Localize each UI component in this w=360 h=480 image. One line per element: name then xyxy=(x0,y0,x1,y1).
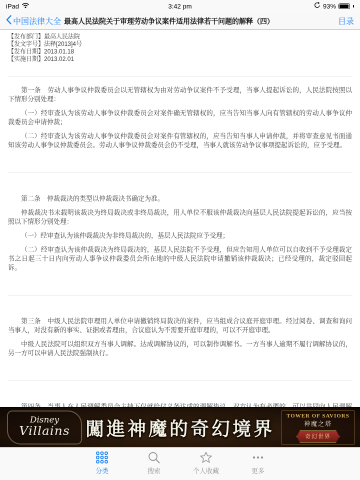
clock: 3:42 pm xyxy=(116,2,244,10)
battery-percent: 93% xyxy=(323,2,336,10)
tower-of-saviors-logo: TOWER OF SAVIORS 神魔之塔 奇幻世界 xyxy=(281,410,355,445)
page-title: 最高人民法院关于审理劳动争议案件适用法律若干问题的解释（四） xyxy=(61,16,338,26)
tab-bar: 分类 搜索 个人收藏 xyxy=(0,447,360,480)
tab-favorites-label: 个人收藏 xyxy=(193,466,219,476)
tab-search-label: 搜索 xyxy=(147,466,160,476)
article-2-paragraph: 仲裁裁决书未载明该裁决为终局裁决或非终局裁决，用人单位不服该仲裁裁决向基层人民法… xyxy=(8,208,352,226)
app-window: iPad 3:42 pm 93% xyxy=(0,0,360,480)
back-button-label: 中国法律大全 xyxy=(13,15,61,27)
tos-ribbon-label: 奇幻世界 xyxy=(297,431,340,443)
rotation-lock-icon xyxy=(314,2,321,10)
article-3: 第三条 中级人民法院审理用人单位申请撤销终局裁决的案件，应当组成合议庭开庭审理。… xyxy=(8,295,352,358)
wifi-icon xyxy=(22,2,30,10)
search-icon xyxy=(148,451,161,464)
article-3-paragraph: 第三条 中级人民法院审理用人单位申请撤销终局裁决的案件，应当组成合议庭开庭审理。… xyxy=(8,317,352,335)
chevron-left-icon xyxy=(6,15,12,27)
ad-headline: 闖進神魔的奇幻境界 xyxy=(90,408,270,448)
article-1-item-2: （二）经审查认为该劳动人事争议仲裁委员会对案件有管辖权的，应当告知当事人申请仲裁… xyxy=(8,132,352,150)
tab-more[interactable]: 更多 xyxy=(232,451,284,475)
star-icon xyxy=(200,451,213,464)
tos-logo-cn: 神魔之塔 xyxy=(282,420,355,429)
disney-villains-logo: Disney Villains xyxy=(7,411,82,445)
article-1-item-1: （一）经审查认为该劳动人事争议仲裁委员会对案件确无管辖权的，应当告知当事人向有管… xyxy=(8,109,352,127)
document-scroll-area[interactable]: 【发布部门】最高人民法院 【发文字号】法释[2013]4号 【发布日期】2013… xyxy=(0,30,360,407)
article-1: 第一条 劳动人事争议仲裁委员会以无管辖权为由对劳动争议案件不予受理，当事人提起诉… xyxy=(8,76,352,150)
tab-search[interactable]: 搜索 xyxy=(128,451,180,475)
toc-button[interactable]: 目录 xyxy=(338,15,354,27)
article-3-paragraph: 中级人民法院可以组织双方当事人调解。达成调解协议的，可以制作调解书。一方当事人逾… xyxy=(8,340,352,358)
article-1-paragraph: 第一条 劳动人事争议仲裁委员会以无管辖权为由对劳动争议案件不予受理，当事人提起诉… xyxy=(8,86,352,104)
grid-icon xyxy=(96,451,109,464)
meta-effective-date: 【实施日期】2013.02.01 xyxy=(8,56,352,64)
battery-icon xyxy=(339,3,351,9)
meta-document-number: 【发文字号】法释[2013]4号 xyxy=(8,41,352,49)
tab-more-label: 更多 xyxy=(251,466,264,476)
back-button[interactable]: 中国法律大全 xyxy=(6,15,61,27)
article-2-item-1: （一）经审查认为该仲裁裁决为非终局裁决的，基层人民法院应予受理； xyxy=(8,231,352,240)
article-2-item-2: （二）经审查认为该仲裁裁决为终局裁决的，基层人民法院不予受理，但应告知用人单位可… xyxy=(8,245,352,272)
ad-banner[interactable]: Disney Villains 闖進神魔的奇幻境界 TOWER OF SAVIO… xyxy=(0,407,360,447)
status-bar: iPad 3:42 pm 93% xyxy=(0,0,360,12)
article-4: 第四条 当事人在人民调解委员会主持下仅就给付义务达成的调解协议，双方认为有必要的… xyxy=(8,381,352,408)
article-2-paragraph: 第二条 仲裁裁决的类型以仲裁裁决书确定为准。 xyxy=(8,194,352,203)
meta-issuing-authority: 【发布部门】最高人民法院 xyxy=(8,33,352,41)
tos-logo-en: TOWER OF SAVIORS xyxy=(282,413,355,419)
meta-issue-date: 【发布日期】2013.01.18 xyxy=(8,48,352,56)
navigation-bar: 中国法律大全 最高人民法院关于审理劳动争议案件适用法律若干问题的解释（四） 目录 xyxy=(0,12,360,30)
document-meta: 【发布部门】最高人民法院 【发文字号】法释[2013]4号 【发布日期】2013… xyxy=(8,33,352,63)
tab-favorites[interactable]: 个人收藏 xyxy=(180,451,232,475)
carrier-label: iPad xyxy=(6,2,19,10)
tab-categories[interactable]: 分类 xyxy=(76,451,128,475)
more-ellipsis-icon xyxy=(252,451,265,464)
article-2: 第二条 仲裁裁决的类型以仲裁裁决书确定为准。 仲裁裁决书未载明该裁决为终局裁决或… xyxy=(8,173,352,273)
tab-categories-label: 分类 xyxy=(95,466,108,476)
villains-logo-text: Villains xyxy=(8,425,81,438)
